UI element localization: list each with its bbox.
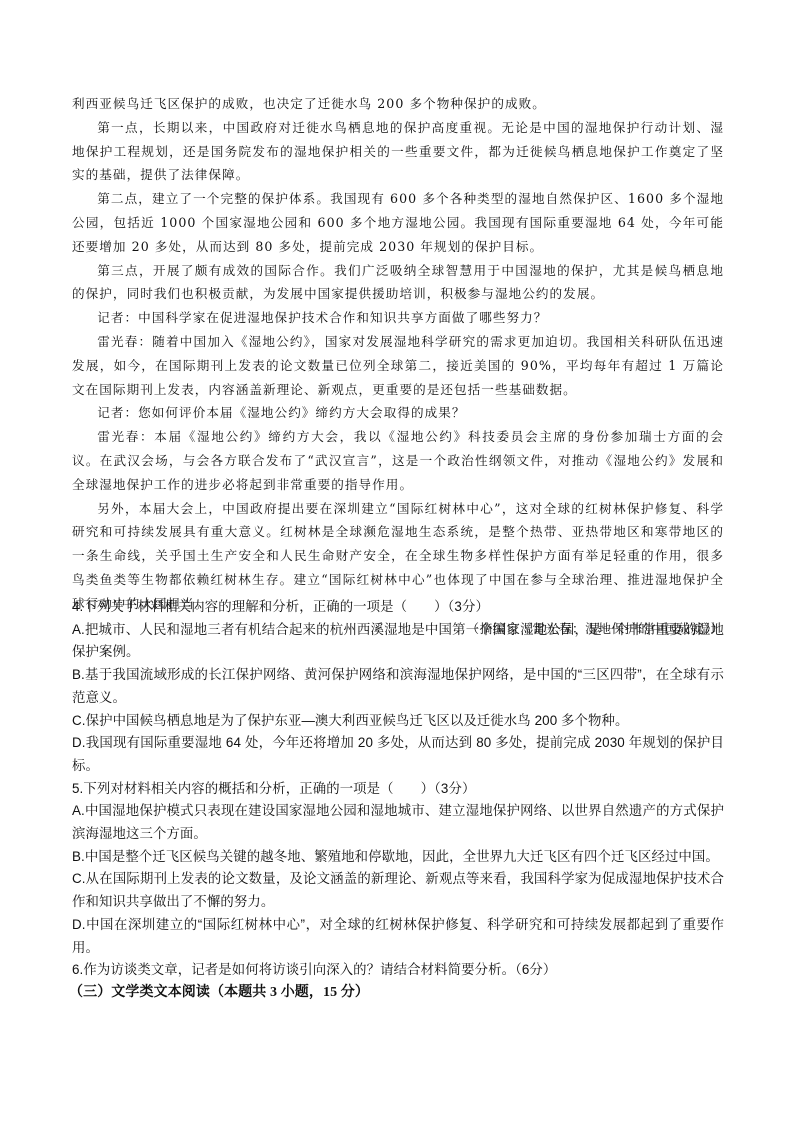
question-6-stem: 6.作为访谈类文章，记者是如何将访谈引向深入的？请结合材料简要分析。（6分）: [72, 959, 724, 982]
questions-block: 4.下列关于材料相关内容的理解和分析，正确的一项是（ ）（3分） A.把城市、人…: [72, 596, 724, 1005]
question-4-option-d: D.我国现有国际重要湿地 64 处，今年还将增加 20 多处，从而达到 80 多…: [72, 732, 724, 777]
interviewee-answer: 雷光春：随着中国加入《湿地公约》，国家对发展湿地科学研究的需求更加迫切。我国相关…: [72, 330, 724, 401]
passage-paragraph: 第三点，开展了颇有成效的国际合作。我们广泛吸纳全球智慧用于中国湿地的保护，尤其是…: [72, 259, 724, 307]
passage-paragraph: 第二点，建立了一个完整的保护体系。我国现有 600 多个各种类型的湿地自然保护区…: [72, 187, 724, 258]
question-4-option-c: C.保护中国候鸟栖息地是为了保护东亚—澳大利西亚候鸟迁飞区以及迁徙水鸟 200 …: [72, 710, 724, 733]
question-4-option-a: A.把城市、人民和湿地三者有机结合起来的杭州西溪湿地是中国第一个国家湿地公园，是…: [72, 619, 724, 664]
question-4-stem: 4.下列关于材料相关内容的理解和分析，正确的一项是（ ）（3分）: [72, 596, 724, 619]
question-5-option-b: B.中国是整个迁飞区候鸟关键的越冬地、繁殖地和停歇地，因此，全世界九大迁飞区有四…: [72, 846, 724, 869]
passage-paragraph: 利西亚候鸟迁飞区保护的成败，也决定了迁徙水鸟 200 多个物种保护的成败。: [72, 92, 724, 116]
question-5-option-a: A.中国湿地保护模式只表现在建设国家湿地公园和湿地城市、建立湿地保护网络、以世界…: [72, 800, 724, 845]
passage-paragraph: 第一点，长期以来，中国政府对迁徙水鸟栖息地的保护高度重视。无论是中国的湿地保护行…: [72, 116, 724, 187]
reporter-question: 记者：中国科学家在促进湿地保护技术合作和知识共享方面做了哪些努力？: [72, 306, 724, 330]
question-5-option-c: C.从在国际期刊上发表的论文数量，及论文涵盖的新理论、新观点等来看，我国科学家为…: [72, 868, 724, 913]
question-5-option-d: D.中国在深圳建立的“国际红树林中心”，对全球的红树林保护修复、科学研究和可持续…: [72, 914, 724, 959]
interview-passage: 利西亚候鸟迁飞区保护的成败，也决定了迁徙水鸟 200 多个物种保护的成败。 第一…: [72, 92, 724, 640]
exam-page: 利西亚候鸟迁飞区保护的成败，也决定了迁徙水鸟 200 多个物种保护的成败。 第一…: [0, 0, 794, 1123]
section-title: （三）文学类文本阅读（本题共 3 小题，15 分）: [69, 982, 724, 1005]
question-4-option-b: B.基于我国流域形成的长江保护网络、黄河保护网络和滨海湿地保护网络，是中国的“三…: [72, 664, 724, 709]
interviewee-answer: 雷光春：本届《湿地公约》缔约方大会，我以《湿地公约》科技委员会主席的身份参加瑞士…: [72, 425, 724, 496]
reporter-question: 记者：您如何评价本届《湿地公约》缔约方大会取得的成果？: [72, 401, 724, 425]
question-5-stem: 5.下列对材料相关内容的概括和分析，正确的一项是（ ）（3分）: [72, 778, 724, 801]
